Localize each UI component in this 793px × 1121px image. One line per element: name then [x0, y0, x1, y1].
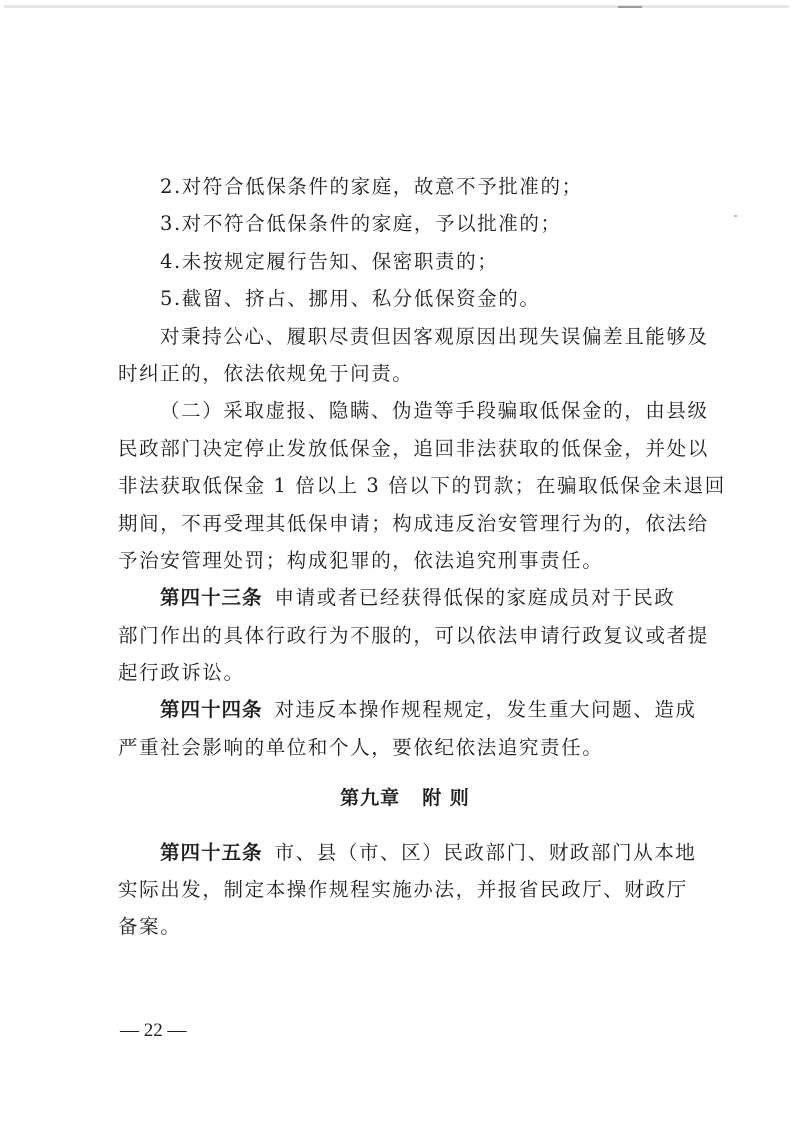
paragraph-line: 予治安管理处罚；构成犯罪的，依法追究刑事责任。 — [118, 542, 692, 579]
scan-speck — [734, 215, 737, 217]
paragraph-line: 实际出发，制定本操作规程实施办法，并报省民政厅、财政厅 — [118, 871, 692, 908]
chapter-heading: 第九章附 则 — [118, 780, 692, 817]
paragraph-line: 民政部门决定停止发放低保金，追回非法获取的低保金，并处以 — [118, 430, 692, 467]
article-text: 市、县（市、区）民政部门、财政部门从本地 — [275, 841, 697, 864]
article-first-line: 第四十五条市、县（市、区）民政部门、财政部门从本地 — [118, 834, 692, 871]
scan-top-edge — [4, 5, 789, 8]
list-item: 5.截留、挤占、挪用、私分低保资金的。 — [118, 280, 692, 317]
exemption-paragraph: 对秉持公心、履职尽责但因客观原因出现失误偏差且能够及 时纠正的，依法依规免于问责… — [118, 318, 692, 393]
paragraph-line: 时纠正的，依法依规免于问责。 — [118, 355, 692, 392]
scan-mark — [618, 6, 642, 8]
paragraph-line: 备案。 — [118, 908, 692, 945]
paragraph-line: 非法获取低保金 1 倍以上 3 倍以下的罚款；在骗取低保金未退回 — [118, 467, 692, 504]
article-45: 第四十五条市、县（市、区）民政部门、财政部门从本地 实际出发，制定本操作规程实施… — [118, 834, 692, 946]
article-label: 第四十五条 — [160, 841, 263, 864]
article-label: 第四十三条 — [160, 586, 263, 609]
article-label: 第四十四条 — [160, 698, 263, 721]
article-text: 申请或者已经获得低保的家庭成员对于民政 — [275, 586, 676, 609]
list-item: 3.对不符合低保条件的家庭，予以批准的； — [118, 205, 692, 242]
article-44: 第四十四条对违反本操作规程规定，发生重大问题、造成 严重社会影响的单位和个人，要… — [118, 691, 692, 766]
paragraph-line: 起行政诉讼。 — [118, 654, 692, 691]
paragraph-line: 部门作出的具体行政行为不服的，可以依法申请行政复议或者提 — [118, 617, 692, 654]
page-number: — 22 — — [120, 1020, 187, 1042]
paragraph-line: （二）采取虚报、隐瞒、伪造等手段骗取低保金的，由县级 — [118, 392, 692, 429]
violation-list: 2.对符合低保条件的家庭，故意不予批准的； 3.对不符合低保条件的家庭，予以批准… — [118, 168, 692, 318]
document-page: 2.对符合低保条件的家庭，故意不予批准的； 3.对不符合低保条件的家庭，予以批准… — [118, 168, 692, 946]
chapter-title: 附 则 — [422, 787, 470, 809]
article-text: 对违反本操作规程规定，发生重大问题、造成 — [275, 698, 697, 721]
article-first-line: 第四十四条对违反本操作规程规定，发生重大问题、造成 — [118, 691, 692, 728]
paragraph-line: 期间，不再受理其低保申请；构成违反治安管理行为的，依法给 — [118, 505, 692, 542]
paragraph-line: 严重社会影响的单位和个人，要依纪依法追究责任。 — [118, 729, 692, 766]
paragraph-line: 对秉持公心、履职尽责但因客观原因出现失误偏差且能够及 — [118, 318, 692, 355]
list-item: 2.对符合低保条件的家庭，故意不予批准的； — [118, 168, 692, 205]
clause-two-paragraph: （二）采取虚报、隐瞒、伪造等手段骗取低保金的，由县级 民政部门决定停止发放低保金… — [118, 392, 692, 579]
list-item: 4.未按规定履行告知、保密职责的； — [118, 243, 692, 280]
article-first-line: 第四十三条申请或者已经获得低保的家庭成员对于民政 — [118, 579, 692, 616]
chapter-number: 第九章 — [340, 787, 400, 809]
article-43: 第四十三条申请或者已经获得低保的家庭成员对于民政 部门作出的具体行政行为不服的，… — [118, 579, 692, 691]
